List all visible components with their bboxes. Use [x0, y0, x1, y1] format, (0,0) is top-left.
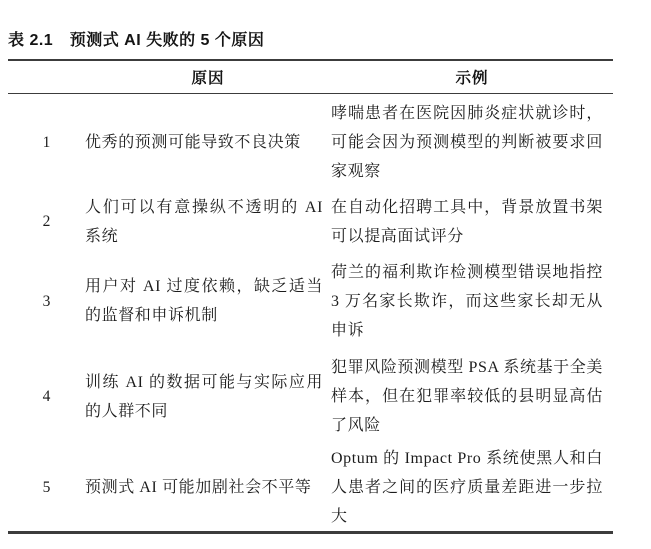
document-page: 表 2.1 预测式 AI 失败的 5 个原因 原因 示例 1 优秀的预测可能导致… — [0, 0, 651, 549]
table-row: 4 训练 AI 的数据可能与实际应用的人群不同 犯罪风险预测模型 PSA 系统基… — [8, 350, 613, 444]
example-cell: Optum 的 Impact Pro 系统使黑人和白人患者之间的医疗质量差距进一… — [331, 444, 613, 533]
row-number: 1 — [8, 94, 85, 191]
column-header-reason: 原因 — [85, 60, 331, 94]
table-body: 1 优秀的预测可能导致不良决策 哮喘患者在医院因肺炎症状就诊时，可能会因为预测模… — [8, 94, 613, 533]
table-row: 1 优秀的预测可能导致不良决策 哮喘患者在医院因肺炎症状就诊时，可能会因为预测模… — [8, 94, 613, 191]
row-number: 3 — [8, 253, 85, 350]
reason-cell: 预测式 AI 可能加剧社会不平等 — [85, 444, 331, 533]
row-number: 5 — [8, 444, 85, 533]
column-header-example: 示例 — [331, 60, 613, 94]
table-header: 原因 示例 — [8, 60, 613, 94]
example-cell: 在自动化招聘工具中，背景放置书架可以提高面试评分 — [331, 191, 613, 253]
reason-cell: 用户对 AI 过度依赖，缺乏适当的监督和申诉机制 — [85, 253, 331, 350]
example-cell: 哮喘患者在医院因肺炎症状就诊时，可能会因为预测模型的判断被要求回家观察 — [331, 94, 613, 191]
reason-cell: 优秀的预测可能导致不良决策 — [85, 94, 331, 191]
row-number: 4 — [8, 350, 85, 444]
table-row: 5 预测式 AI 可能加剧社会不平等 Optum 的 Impact Pro 系统… — [8, 444, 613, 533]
table-caption: 表 2.1 预测式 AI 失败的 5 个原因 — [8, 27, 651, 50]
table-row: 3 用户对 AI 过度依赖，缺乏适当的监督和申诉机制 荷兰的福利欺诈检测模型错误… — [8, 253, 613, 350]
row-number: 2 — [8, 191, 85, 253]
column-header-number — [8, 60, 85, 94]
reason-cell: 人们可以有意操纵不透明的 AI 系统 — [85, 191, 331, 253]
reason-cell: 训练 AI 的数据可能与实际应用的人群不同 — [85, 350, 331, 444]
example-cell: 荷兰的福利欺诈检测模型错误地指控 3 万名家长欺诈，而这些家长却无从申诉 — [331, 253, 613, 350]
failure-reasons-table: 原因 示例 1 优秀的预测可能导致不良决策 哮喘患者在医院因肺炎症状就诊时，可能… — [8, 59, 613, 534]
table-row: 2 人们可以有意操纵不透明的 AI 系统 在自动化招聘工具中，背景放置书架可以提… — [8, 191, 613, 253]
example-cell: 犯罪风险预测模型 PSA 系统基于全美样本，但在犯罪率较低的县明显高估了风险 — [331, 350, 613, 444]
header-row: 原因 示例 — [8, 60, 613, 94]
